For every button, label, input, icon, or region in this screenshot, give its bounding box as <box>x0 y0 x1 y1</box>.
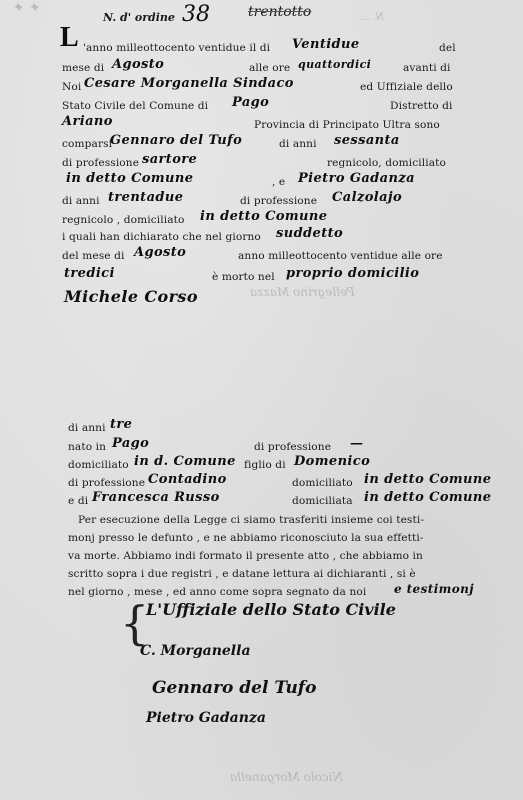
bleed-text-top-right: N. ... <box>360 12 384 23</box>
record-line-6: comparsi Gennaro del Tufo di anni sessan… <box>62 136 454 152</box>
record-line-10: regnicolo , domiciliato in detto Comune <box>62 212 454 228</box>
detail-line-born: nato in Pago di professione — <box>68 439 460 455</box>
handwritten-day: Ventidue <box>292 37 360 53</box>
detail-line-mother: e di Francesca Russo domiciliata in dett… <box>68 493 460 509</box>
bleed-text-bottom: Nicolo Morganella <box>230 770 343 784</box>
signature-officer-title: L'Uffiziale dello Stato Civile <box>146 600 396 619</box>
handwritten-father-domicile: in detto Comune <box>364 472 491 488</box>
record-line-14: Michele Corso <box>62 292 454 308</box>
record-line-13: tredici è morto nel proprio domicilio <box>62 269 454 285</box>
handwritten-mother-name: Francesca Russo <box>92 490 220 506</box>
handwritten-witness-2-profession: Calzolajo <box>332 190 402 206</box>
signature-witness-1: Gennaro del Tufo <box>152 678 316 698</box>
document-page: ✦ ✦ N. ... Pellegrino Mazza Nicolo Morga… <box>0 0 523 800</box>
handwritten-death-hour: tredici <box>64 266 115 282</box>
signature-officer-name: C. Morganella <box>140 643 251 659</box>
detail-line-age: di anni tre <box>68 420 460 436</box>
handwritten-deceased-name: Michele Corso <box>64 289 198 305</box>
handwritten-month: Agosto <box>112 57 164 73</box>
order-number: 38 <box>182 2 210 27</box>
order-number-label: N. d' ordine <box>103 11 175 24</box>
handwritten-deceased-profession: — <box>350 436 363 452</box>
handwritten-witness-1-profession: sartore <box>142 152 197 168</box>
handwritten-death-month: Agosto <box>134 245 186 261</box>
signature-brace: { <box>120 600 149 646</box>
record-line-7: di professione sartore regnicolo, domici… <box>62 155 454 171</box>
record-line-11: i quali han dichiarato che nel giorno su… <box>62 229 454 245</box>
closing-line-4: scritto sopra i due registri , e datane … <box>68 566 460 582</box>
handwritten-witness-2: Pietro Gadanza <box>298 171 415 187</box>
handwritten-death-day: suddetto <box>276 226 343 242</box>
handwritten-witness-1-age: sessanta <box>334 133 400 149</box>
handwritten-witness-2-domicile: in detto Comune <box>200 209 327 225</box>
closing-line-3: va morte. Abbiamo indi formato il presen… <box>68 548 460 564</box>
handwritten-birthplace: Pago <box>112 436 149 452</box>
record-line-5: Ariano Provincia di Principato Ultra son… <box>62 117 454 133</box>
handwritten-mother-domicile: in detto Comune <box>364 490 491 506</box>
handwritten-deceased-domicile: in d. Comune <box>134 454 236 470</box>
signature-witness-2: Pietro Gadanza <box>146 710 266 726</box>
handwritten-witness-1-domicile: in detto Comune <box>66 171 193 187</box>
handwritten-father-name: Domenico <box>294 454 370 470</box>
handwritten-officer: Cesare Morganella Sindaco <box>84 76 294 92</box>
record-line-12: del mese di Agosto anno milleottocento v… <box>62 248 454 264</box>
record-line-1: 'anno milleottocento ventidue il di Vent… <box>62 40 454 56</box>
detail-line-father-profession: di professione Contadino domiciliato in … <box>68 475 460 491</box>
record-line-3: Noi Cesare Morganella Sindaco ed Uffizia… <box>62 79 454 95</box>
closing-line-2: monj presso le defunto , e ne abbiamo ri… <box>68 530 460 546</box>
handwritten-witness-2-age: trentadue <box>108 190 183 206</box>
handwritten-witnesses-note: e testimonj <box>394 581 474 597</box>
handwritten-hour: quattordici <box>298 57 371 73</box>
handwritten-witness-1: Gennaro del Tufo <box>110 133 242 149</box>
handwritten-deceased-age: tre <box>110 417 132 433</box>
order-number-words: trentotto <box>248 4 311 20</box>
record-line-8: in detto Comune , e Pietro Gadanza <box>62 174 454 190</box>
closing-line-1: Per esecuzione della Legge ci siamo tras… <box>78 512 470 528</box>
bleed-mark-top-left: ✦ ✦ <box>14 0 42 16</box>
handwritten-commune: Pago <box>232 95 269 111</box>
record-line-2: mese di Agosto alle ore quattordici avan… <box>62 60 454 76</box>
handwritten-death-place: proprio domicilio <box>286 266 419 282</box>
handwritten-district: Ariano <box>62 114 113 130</box>
record-line-4: Stato Civile del Comune di Pago Distrett… <box>62 98 454 114</box>
record-line-9: di anni trentadue di professione Calzola… <box>62 193 454 209</box>
handwritten-father-profession: Contadino <box>148 472 227 488</box>
detail-line-domicile: domiciliato in d. Comune figlio di Domen… <box>68 457 460 473</box>
